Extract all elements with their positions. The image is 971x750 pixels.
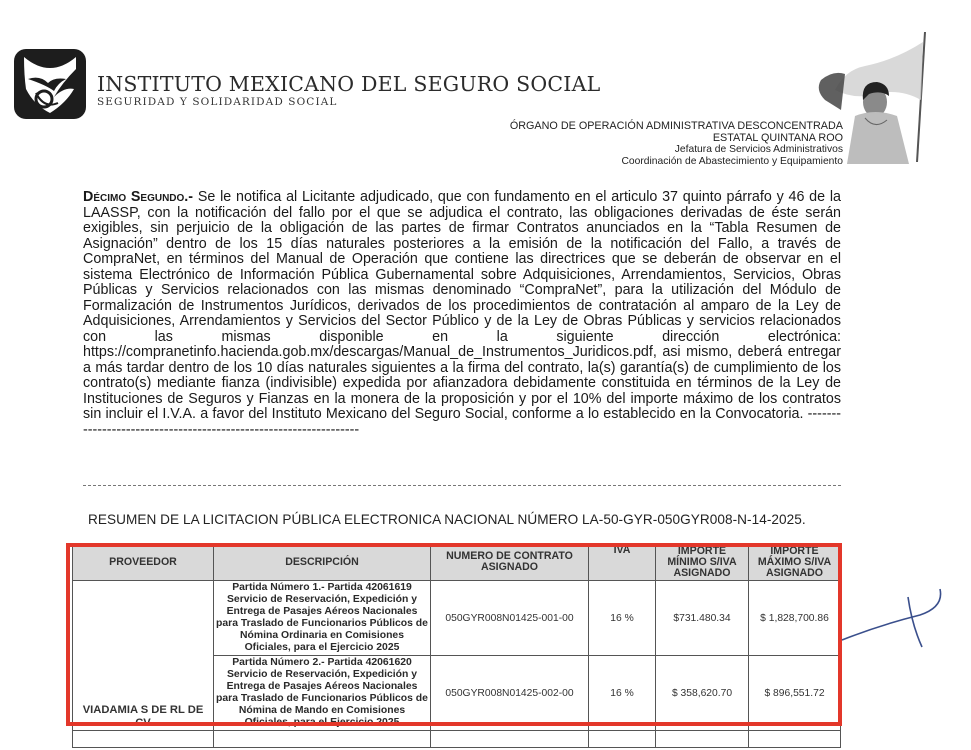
table-empty-row [73,731,841,748]
org-line-1: ÓRGANO DE OPERACIÓN ADMINISTRATIVA DESCO… [510,120,843,132]
org-unit-block: ÓRGANO DE OPERACIÓN ADMINISTRATIVA DESCO… [510,120,843,168]
institution-motto: SEGURIDAD Y SOLIDARIDAD SOCIAL [97,96,337,108]
handwritten-initial-mark-icon [840,585,950,665]
min-amount-cell: $ 358,620.70 [656,656,749,731]
col-importe-maximo: IMPORTE MÁXIMO S/IVA ASIGNADO [749,544,841,581]
contract-number-cell: 050GYR008N01425-001-00 [431,581,589,656]
description-cell: Partida Número 1.- Partida 42061619 Serv… [214,581,431,656]
col-proveedor: PROVEEDOR [73,544,214,581]
summary-title: RESUMEN DE LA LICITACION PÚBLICA ELECTRO… [88,512,806,527]
max-amount-cell: $ 896,551.72 [749,656,841,731]
clause-text: Se le notifica al Licitante adjudicado, … [83,189,841,438]
max-amount-cell: $ 1,828,700.86 [749,581,841,656]
org-line-2: ESTATAL QUINTANA ROO [510,132,843,144]
dashed-separator [83,485,841,486]
col-descripcion: DESCRIPCIÓN [214,544,431,581]
iva-cell: 16 % [589,581,656,656]
clause-decimo-segundo: Décimo Segundo.- Se le notifica al Licit… [83,190,841,438]
col-importe-minimo: IMPORTE MÍNIMO S/IVA ASIGNADO [656,544,749,581]
provider-cell: VIADAMIA S DE RL DE CV [73,581,214,731]
iva-cell: 16 % [589,656,656,731]
woman-with-flag-illustration-icon [805,30,935,165]
assignment-summary-table: PROVEEDOR DESCRIPCIÓN NUMERO DE CONTRATO… [72,543,840,748]
table-row: VIADAMIA S DE RL DE CV Partida Número 1.… [73,581,841,656]
col-iva: IVA [589,544,656,581]
contract-number-cell: 050GYR008N01425-002-00 [431,656,589,731]
min-amount-cell: $731.480.34 [656,581,749,656]
col-numero-contrato: NUMERO DE CONTRATO ASIGNADO [431,544,589,581]
clause-lead: Décimo Segundo.- [83,189,193,205]
institution-name: INSTITUTO MEXICANO DEL SEGURO SOCIAL [97,72,600,96]
imss-logo-icon [14,49,86,119]
org-line-4: Coordinación de Abastecimiento y Equipam… [510,156,843,168]
description-cell: Partida Número 2.- Partida 42061620 Serv… [214,656,431,731]
org-line-3: Jefatura de Servicios Administrativos [510,144,843,156]
